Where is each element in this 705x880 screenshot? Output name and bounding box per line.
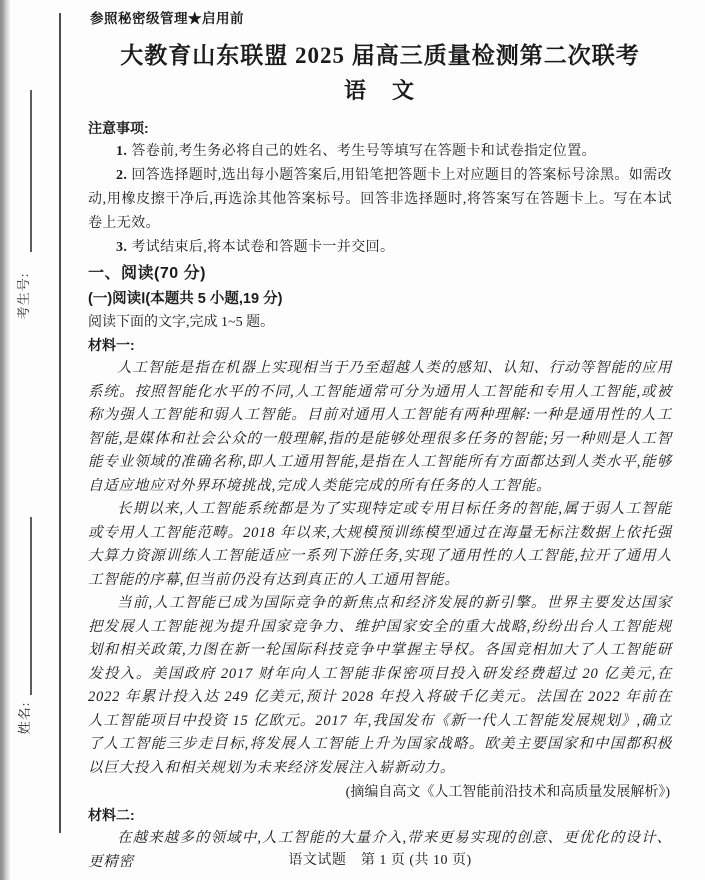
- material-1-label: 材料一:: [88, 334, 672, 357]
- exam-number-blank-line: [30, 90, 32, 252]
- name-label: 姓名:: [16, 695, 34, 741]
- section-heading-reading: 一、阅读(70 分): [88, 261, 672, 287]
- material-1-paragraph: 长期以来,人工智能系统都是为了实现特定或专用目标任务的智能,属于弱人工智能或专用…: [88, 498, 672, 592]
- notice-heading: 注意事项:: [88, 116, 672, 140]
- reading-instruction: 阅读下面的文字,完成 1~5 题。: [88, 311, 672, 334]
- page-content: 参照秘密级管理★启用前 大教育山东联盟 2025 届高三质量检测第二次联考 语 …: [88, 0, 672, 874]
- notice-item-number: 3.: [116, 240, 127, 255]
- exam-paper-page: 考生号: 姓名: 参照秘密级管理★启用前 大教育山东联盟 2025 届高三质量检…: [0, 0, 705, 880]
- material-2-label: 材料二:: [88, 804, 672, 827]
- subsection-heading-reading-1: (一)阅读Ⅰ(本题共 5 小题,19 分): [88, 287, 672, 311]
- seal-line-main-rule: [59, 13, 61, 833]
- material-1-paragraph: 当前,人工智能已成为国际竞争的新焦点和经济发展的新引擎。世界主要发达国家把发展人…: [88, 592, 672, 780]
- exam-title: 大教育山东联盟 2025 届高三质量检测第二次联考: [88, 41, 672, 71]
- scan-edge-band: [0, 0, 10, 880]
- classification-notice: 参照秘密级管理★启用前: [90, 10, 672, 28]
- subject-title: 语 文: [88, 76, 672, 106]
- notice-item-text: 回答选择题时,选出每小题答案后,用铅笔把答题卡上对应题目的答案标号涂黑。如需改动…: [88, 168, 672, 231]
- name-blank-line: [30, 517, 32, 695]
- notice-item-1: 1.答卷前,考生务必将自己的姓名、考生号等填写在答题卡和试卷指定位置。: [88, 140, 672, 164]
- notice-item-text: 考试结束后,将本试卷和答题卡一并交回。: [131, 240, 394, 255]
- notice-item-2: 2.回答选择题时,选出每小题答案后,用铅笔把答题卡上对应题目的答案标号涂黑。如需…: [88, 164, 672, 236]
- exam-number-label: 考生号:: [15, 266, 33, 326]
- material-1-attribution: (摘编自高文《人工智能前沿技术和高质量发展解析》): [88, 781, 670, 804]
- notice-item-number: 2.: [116, 168, 127, 183]
- notice-item-3: 3.考试结束后,将本试卷和答题卡一并交回。: [88, 236, 672, 260]
- material-1-paragraph: 人工智能是指在机器上实现相当于乃至超越人类的感知、认知、行动等智能的应用系统。按…: [88, 357, 672, 498]
- notice-item-number: 1.: [116, 144, 127, 159]
- page-footer: 语文试题 第 1 页 (共 10 页): [88, 849, 672, 869]
- notice-item-text: 答卷前,考生务必将自己的姓名、考生号等填写在答题卡和试卷指定位置。: [131, 144, 596, 159]
